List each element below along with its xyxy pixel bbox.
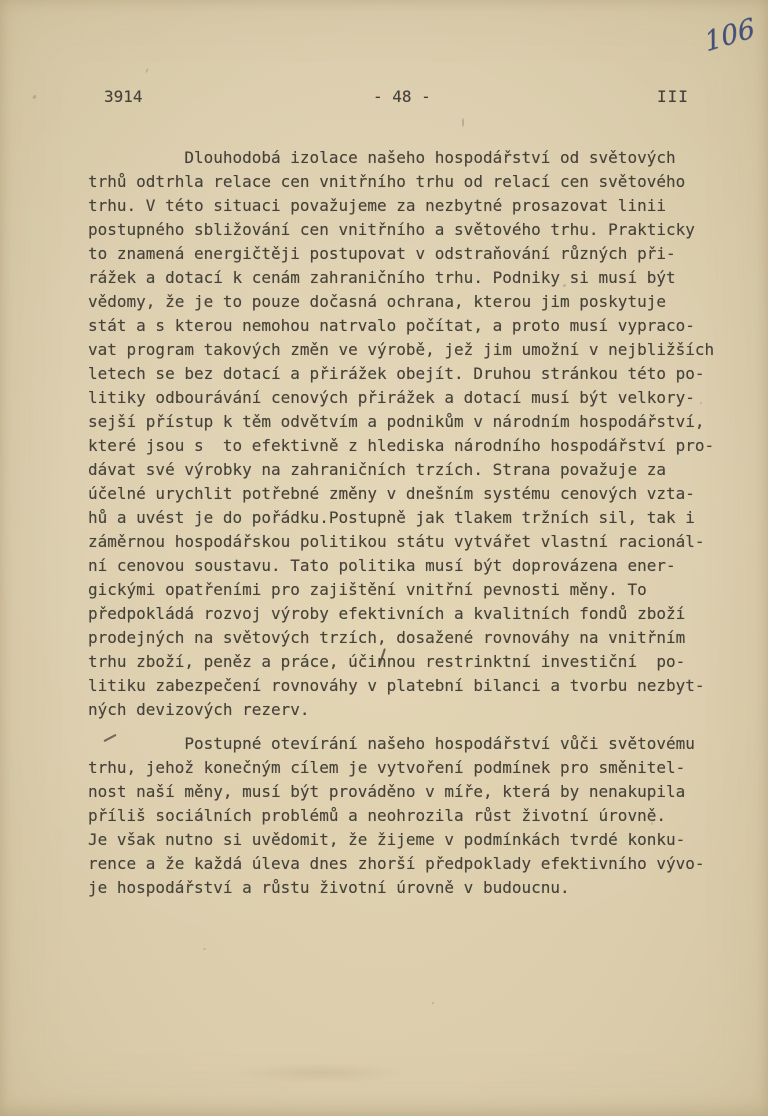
- paper-speck: [700, 402, 702, 404]
- paper-speck: [563, 284, 566, 287]
- paper-speck: [145, 68, 149, 73]
- paragraph-2: Postupné otevírání našeho hospodářství v…: [88, 732, 705, 900]
- paper-speck: [306, 642, 308, 644]
- paper-speck: [462, 118, 464, 127]
- document-page: 3914 - 48 - III 106 Dlouhodobá izolace n…: [0, 0, 768, 1116]
- handwritten-page-mark: 106: [702, 13, 757, 59]
- paper-speck: [32, 95, 37, 100]
- paper-smudge: [230, 1062, 410, 1084]
- section-number: III: [657, 85, 689, 109]
- paragraph-1: Dlouhodobá izolace našeho hospodářství o…: [88, 146, 714, 722]
- paper-speck: [203, 948, 206, 950]
- paper-speck: [432, 1002, 434, 1004]
- page-number: - 48 -: [373, 85, 431, 109]
- document-number: 3914: [104, 85, 143, 109]
- paper-speck: [651, 822, 653, 825]
- paper-speck: [121, 521, 123, 523]
